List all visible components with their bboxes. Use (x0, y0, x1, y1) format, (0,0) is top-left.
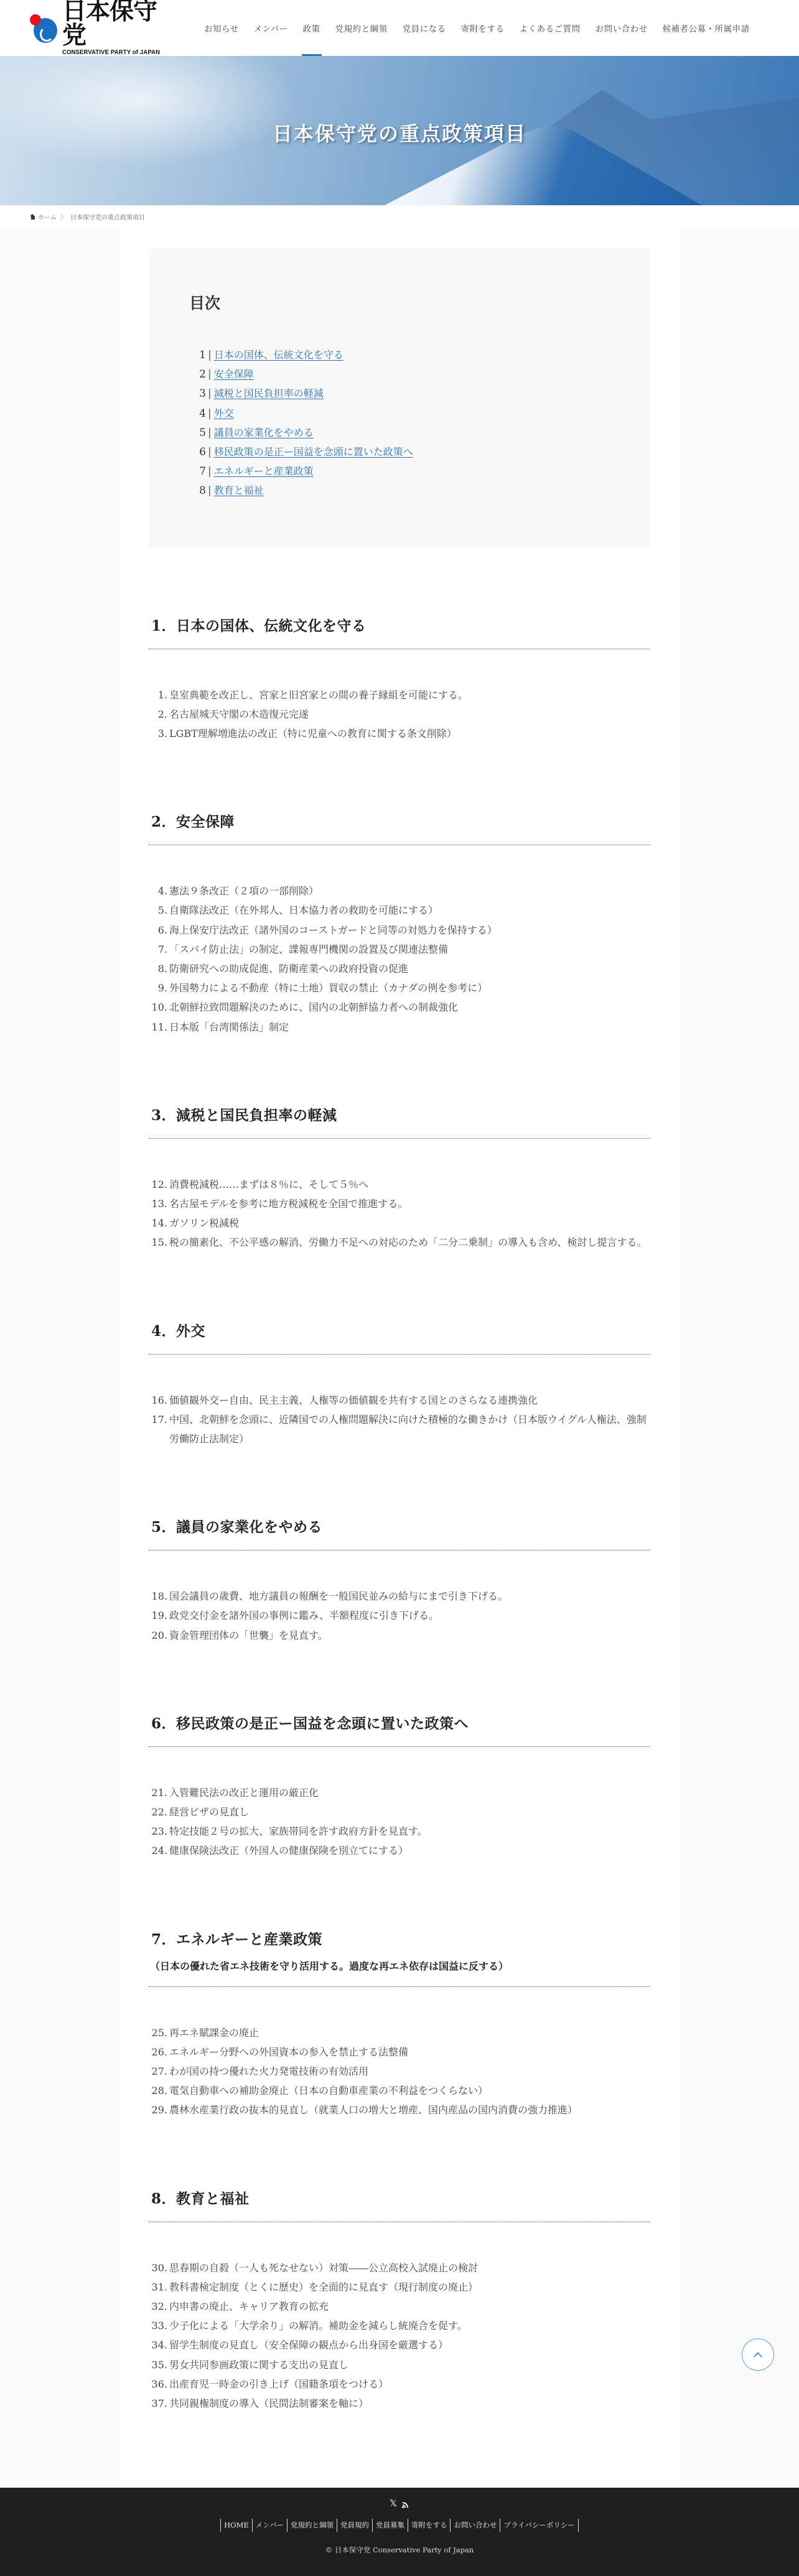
policy-text: 留学生制度の見直し（安全保障の観点から出身国を厳選する） (167, 2335, 650, 2355)
policy-item: 1.皇室典範を改正し、宮家と旧宮家との間の養子縁組を可能にする。 (149, 685, 650, 705)
hero-haze (0, 56, 299, 168)
toc-number: 2 (197, 368, 206, 381)
policy-number: 29. (149, 2100, 167, 2120)
toc-divider: | (208, 427, 212, 439)
breadcrumb-current: 日本保守党の重点政策項目 (70, 212, 145, 221)
policy-text: ガソリン税減税 (167, 1213, 650, 1233)
policy-item: 30.思春期の自殺（一人も死なせない）対策――公立高校入試廃止の検討 (149, 2258, 650, 2277)
policy-item: 24.健康保険法改正（外国人の健康保険を別立てにする） (149, 1841, 650, 1860)
policy-text: 北朝鮮拉致問題解決のために、国内の北朝鮮協力者への制裁強化 (167, 998, 650, 1017)
breadcrumb-home[interactable]: ホーム (38, 212, 57, 221)
toc-number: 8 (197, 484, 206, 497)
toc-link[interactable]: エネルギーと産業政策 (214, 463, 314, 478)
policy-item: 31.教科書検定制度（とくに歴史）を全面的に見直す（現行制度の廃止） (149, 2277, 650, 2297)
policy-text: 少子化による「大学余り」の解消。補助金を減らし統廃合を促す。 (167, 2316, 650, 2335)
footer-link-recruit[interactable]: 党員募集 (372, 2519, 408, 2532)
page-title: 日本保守党の重点政策項目 (0, 118, 799, 147)
section-heading: 1．日本の国体、伝統文化を守る (149, 614, 650, 635)
policy-text: 自衛隊法改正（在外邦人、日本協力者の救助を可能にする） (167, 901, 650, 920)
policy-item: 6.海上保安庁法改正（諸外国のコーストガードと同等の対処力を保持する） (149, 920, 650, 940)
toc-divider: | (208, 446, 212, 458)
policy-item: 14.ガソリン税減税 (149, 1213, 650, 1233)
section-divider (149, 845, 650, 845)
home-icon (30, 214, 35, 220)
nav-item-candidates[interactable]: 候補者公募・所属申請 (655, 0, 757, 56)
section-heading: 6．移民政策の是正ー国益を念頭に置いた政策へ (149, 1712, 650, 1733)
policy-text: 日本版「台湾関係法」制定 (167, 1017, 650, 1037)
footer-link-member-rules[interactable]: 党員規約 (337, 2519, 372, 2532)
policy-text: 教科書検定制度（とくに歴史）を全面的に見直す（現行制度の廃止） (167, 2277, 650, 2297)
logo-text: 日本保守党 CONSERVATIVE PARTY of JAPAN (62, 0, 174, 55)
policy-text: 消費税減税……まずは８％に、そして５％へ (167, 1175, 650, 1194)
policy-list: 18.国会議員の歳費、地方議員の報酬を一般国民並みの給与にまで引き下げる。 19… (149, 1587, 650, 1645)
toc-item: 1|日本の国体、伝統文化を守る (197, 347, 610, 366)
policy-number: 32. (149, 2297, 167, 2316)
policy-text: エネルギー分野への外国資本の参入を禁止する法整備 (167, 2042, 650, 2062)
toc-number: 5 (197, 427, 206, 439)
policy-text: 海上保安庁法改正（諸外国のコーストガードと同等の対処力を保持する） (167, 920, 650, 940)
table-of-contents: 目次 1|日本の国体、伝統文化を守る 2|安全保障 3|減税と国民負担率の軽減 … (149, 249, 650, 547)
policy-number: 22. (149, 1802, 167, 1822)
policy-text: 国会議員の歳費、地方議員の報酬を一般国民並みの給与にまで引き下げる。 (167, 1587, 650, 1606)
policy-item: 18.国会議員の歳費、地方議員の報酬を一般国民並みの給与にまで引き下げる。 (149, 1587, 650, 1606)
policy-text: 特定技能２号の拡大、家族帯同を許す政府方針を見直す。 (167, 1822, 650, 1841)
policy-list: 25.再エネ賦課金の廃止 26.エネルギー分野への外国資本の参入を禁止する法整備… (149, 2023, 650, 2120)
section-heading: 4．外交 (149, 1320, 650, 1340)
x-icon[interactable]: 𝕏 (390, 2498, 397, 2509)
policy-number: 30. (149, 2258, 167, 2277)
section-heading: 3．減税と国民負担率の軽減 (149, 1104, 650, 1124)
toc-number: 4 (197, 407, 206, 420)
toc-divider: | (208, 484, 212, 497)
policy-item: 25.再エネ賦課金の廃止 (149, 2023, 650, 2042)
policy-number: 35. (149, 2355, 167, 2374)
policy-text: 男女共同参画政策に関する支出の見直し (167, 2355, 650, 2374)
section-divider (149, 1986, 650, 1987)
policy-item: 11.日本版「台湾関係法」制定 (149, 1017, 650, 1037)
section-heading: 8．教育と福祉 (149, 2187, 650, 2208)
policy-section-tax: 3．減税と国民負担率の軽減 12.消費税減税……まずは８％に、そして５％へ 13… (149, 1104, 650, 1253)
policy-item: 7.「スパイ防止法」の制定、諜報専門機関の設置及び関連法整備 (149, 940, 650, 959)
policy-item: 9.外国勢力による不動産（特に土地）買収の禁止（カナダの例を参考に） (149, 978, 650, 998)
policy-text: 入管難民法の改正と運用の厳正化 (167, 1783, 650, 1802)
social-links: 𝕏 (0, 2498, 799, 2509)
policy-text: 思春期の自殺（一人も死なせない）対策――公立高校入試廃止の検討 (167, 2258, 650, 2277)
site-logo[interactable]: 日本保守党 CONSERVATIVE PARTY of JAPAN (30, 10, 174, 45)
policy-item: 27.わが国の持つ優れた火力発電技術の有効活用 (149, 2062, 650, 2081)
nav-item-news[interactable]: お知らせ (204, 0, 246, 56)
footer-link-privacy[interactable]: プライバシーポリシー (500, 2519, 578, 2532)
toc-item: 7|エネルギーと産業政策 (197, 463, 610, 483)
policy-text: LGBT理解増進法の改正（特に児童への教育に関する条文削除） (167, 724, 650, 743)
nav-item-policy[interactable]: 政策 (296, 0, 328, 56)
policy-text: 農林水産業行政の抜本的見直し（就業人口の増大と増産、国内産品の国内消費の強力推進… (167, 2100, 650, 2120)
policy-item: 26.エネルギー分野への外国資本の参入を禁止する法整備 (149, 2042, 650, 2062)
toc-link[interactable]: 減税と国民負担率の軽減 (214, 386, 324, 400)
toc-item: 2|安全保障 (197, 366, 610, 386)
policy-number: 18. (149, 1587, 167, 1606)
policy-list: 1.皇室典範を改正し、宮家と旧宮家との間の養子縁組を可能にする。 2.名古屋城天… (149, 685, 650, 744)
section-heading: 2．安全保障 (149, 810, 650, 831)
policy-number: 19. (149, 1606, 167, 1625)
toc-divider: | (208, 349, 212, 361)
section-heading: 5．議員の家業化をやめる (149, 1516, 650, 1536)
policy-text: 憲法９条改正（２項の一部削除） (167, 881, 650, 901)
policy-number: 26. (149, 2042, 167, 2062)
policy-number: 12. (149, 1175, 167, 1194)
chevron-up-icon (754, 2351, 762, 2360)
policy-number: 6. (149, 920, 167, 940)
policy-list: 21.入管難民法の改正と運用の厳正化 22.経営ビザの見直し 23.特定技能２号… (149, 1783, 650, 1861)
toc-link[interactable]: 安全保障 (214, 366, 254, 381)
policy-list: 4.憲法９条改正（２項の一部削除） 5.自衛隊法改正（在外邦人、日本協力者の救助… (149, 881, 650, 1037)
policy-text: 税の簡素化、不公平感の解消、労働力不足への対応のため「二分二乗制」の導入も含め、… (167, 1233, 650, 1252)
global-nav: お知らせ メンバー 政策 党規約と綱領 党員になる 寄附をする よくあるご質問 … (204, 0, 757, 56)
breadcrumb-separator: 〉 (60, 212, 67, 221)
toc-number: 3 (197, 387, 206, 400)
policy-number: 5. (149, 901, 167, 920)
policy-item: 29.農林水産業行政の抜本的見直し（就業人口の増大と増産、国内産品の国内消費の強… (149, 2100, 650, 2120)
page: 日本保守党 CONSERVATIVE PARTY of JAPAN お知らせ メ… (0, 0, 799, 2576)
toc-number: 6 (197, 446, 206, 458)
policy-number: 9. (149, 978, 167, 998)
policy-section-immigration: 6．移民政策の是正ー国益を念頭に置いた政策へ 21.入管難民法の改正と運用の厳正… (149, 1712, 650, 1861)
policy-number: 34. (149, 2335, 167, 2355)
policy-item: 37.共同親権制度の導入（民間法制審案を軸に） (149, 2394, 650, 2413)
section-subheading: （日本の優れた省エネ技術を守り活用する。過度な再エネ依存は国益に反する） (149, 1958, 650, 1973)
policy-item: 8.防衛研究への助成促進、防衛産業への政府投資の促進 (149, 959, 650, 978)
policy-text: 名古屋城天守閣の木造復元完遂 (167, 705, 650, 724)
policy-number: 2. (149, 705, 167, 724)
policy-section-culture: 1．日本の国体、伝統文化を守る 1.皇室典範を改正し、宮家と旧宮家との間の養子縁… (149, 614, 650, 744)
policy-text: 「スパイ防止法」の制定、諜報専門機関の設置及び関連法整備 (167, 940, 650, 959)
toc-divider: | (208, 368, 212, 381)
site-header: 日本保守党 CONSERVATIVE PARTY of JAPAN お知らせ メ… (0, 0, 799, 56)
policy-item: 15.税の簡素化、不公平感の解消、労働力不足への対応のため「二分二乗制」の導入も… (149, 1233, 650, 1252)
policy-text: 防衛研究への助成促進、防衛産業への政府投資の促進 (167, 959, 650, 978)
policy-number: 16. (149, 1391, 167, 1410)
footer-link-rules[interactable]: 党規約と綱領 (287, 2519, 337, 2532)
copyright: © 日本保守党 Conservative Party of Japan (0, 2545, 799, 2555)
policy-item: 34.留学生制度の見直し（安全保障の観点から出身国を厳選する） (149, 2335, 650, 2355)
policy-number: 23. (149, 1822, 167, 1841)
footer-link-donate[interactable]: 寄附をする (408, 2519, 451, 2532)
toc-number: 7 (197, 465, 206, 478)
toc-item: 6|移民政策の是正ー国益を念頭に置いた政策へ (197, 444, 610, 463)
section-divider (149, 2222, 650, 2222)
section-divider (149, 649, 650, 649)
policy-item: 13.名古屋モデルを参考に地方税減税を全国で推進する。 (149, 1194, 650, 1213)
policy-text: 経営ビザの見直し (167, 1802, 650, 1822)
nav-item-faq[interactable]: よくあるご質問 (512, 0, 588, 56)
policy-number: 13. (149, 1194, 167, 1213)
toc-link[interactable]: 議員の家業化をやめる (214, 425, 314, 439)
policy-item: 16.価値観外交ー自由、民主主義、人権等の価値観を共有する国とのさらなる連携強化 (149, 1391, 650, 1410)
policy-text: わが国の持つ優れた火力発電技術の有効活用 (167, 2062, 650, 2081)
policy-number: 15. (149, 1233, 167, 1252)
toc-item: 5|議員の家業化をやめる (197, 425, 610, 444)
nav-item-members[interactable]: メンバー (246, 0, 296, 56)
policy-number: 4. (149, 881, 167, 901)
policy-text: 出産育児一時金の引き上げ（国籍条項をつける） (167, 2374, 650, 2394)
policy-text: 外国勢力による不動産（特に土地）買収の禁止（カナダの例を参考に） (167, 978, 650, 998)
main-wrapper: 目次 1|日本の国体、伝統文化を守る 2|安全保障 3|減税と国民負担率の軽減 … (0, 228, 799, 2488)
nav-item-donate[interactable]: 寄附をする (454, 0, 512, 56)
back-to-top-button[interactable] (742, 2338, 774, 2371)
section-divider (149, 1354, 650, 1355)
policy-item: 5.自衛隊法改正（在外邦人、日本協力者の救助を可能にする） (149, 901, 650, 920)
toc-number: 1 (197, 349, 206, 361)
policy-text: 名古屋モデルを参考に地方税減税を全国で推進する。 (167, 1194, 650, 1213)
toc-divider: | (208, 465, 212, 478)
nav-item-join[interactable]: 党員になる (395, 0, 454, 56)
policy-text: 電気自動車への補助金廃止（日本の自動車産業の不利益をつくらない） (167, 2081, 650, 2100)
policy-number: 3. (149, 724, 167, 743)
policy-number: 25. (149, 2023, 167, 2042)
policy-number: 11. (149, 1017, 167, 1037)
policy-number: 8. (149, 959, 167, 978)
footer-link-members[interactable]: メンバー (252, 2519, 287, 2532)
breadcrumb: ホーム 〉 日本保守党の重点政策項目 (0, 205, 799, 228)
policy-number: 31. (149, 2277, 167, 2297)
logo-japanese: 日本保守党 (62, 0, 174, 48)
policy-item: 36.出産育児一時金の引き上げ（国籍条項をつける） (149, 2374, 650, 2394)
policy-section-security: 2．安全保障 4.憲法９条改正（２項の一部削除） 5.自衛隊法改正（在外邦人、日… (149, 810, 650, 1037)
toc-item: 8|教育と福祉 (197, 483, 610, 502)
toc-link[interactable]: 外交 (214, 405, 234, 420)
policy-section-legislators: 5．議員の家業化をやめる 18.国会議員の歳費、地方議員の報酬を一般国民並みの給… (149, 1516, 650, 1645)
hero-banner: 日本保守党の重点政策項目 (0, 56, 799, 205)
policy-section-energy: 7．エネルギーと産業政策 （日本の優れた省エネ技術を守り活用する。過度な再エネ依… (149, 1928, 650, 2120)
section-divider (149, 1746, 650, 1747)
policy-item: 21.入管難民法の改正と運用の厳正化 (149, 1783, 650, 1802)
policy-number: 21. (149, 1783, 167, 1802)
policy-number: 1. (149, 685, 167, 705)
policy-item: 35.男女共同参画政策に関する支出の見直し (149, 2355, 650, 2374)
policy-item: 28.電気自動車への補助金廃止（日本の自動車産業の不利益をつくらない） (149, 2081, 650, 2100)
policy-number: 36. (149, 2374, 167, 2394)
policy-number: 33. (149, 2316, 167, 2335)
policy-item: 10.北朝鮮拉致問題解決のために、国内の北朝鮮協力者への制裁強化 (149, 998, 650, 1017)
toc-link[interactable]: 移民政策の是正ー国益を念頭に置いた政策へ (214, 444, 413, 458)
toc-item: 3|減税と国民負担率の軽減 (197, 386, 610, 405)
section-divider (149, 1550, 650, 1550)
policy-number: 7. (149, 940, 167, 959)
policy-number: 14. (149, 1213, 167, 1233)
toc-list: 1|日本の国体、伝統文化を守る 2|安全保障 3|減税と国民負担率の軽減 4|外… (189, 347, 610, 503)
toc-link[interactable]: 教育と福祉 (214, 483, 264, 497)
policy-item: 32.内申書の廃止、キャリア教育の拡充 (149, 2297, 650, 2316)
toc-divider: | (208, 407, 212, 420)
policy-item: 20.資金管理団体の「世襲」を見直す。 (149, 1626, 650, 1645)
policy-section-diplomacy: 4．外交 16.価値観外交ー自由、民主主義、人権等の価値観を共有する国とのさらな… (149, 1320, 650, 1449)
policy-item: 23.特定技能２号の拡大、家族帯同を許す政府方針を見直す。 (149, 1822, 650, 1841)
policy-number: 28. (149, 2081, 167, 2100)
policy-number: 20. (149, 1626, 167, 1645)
policy-number: 27. (149, 2062, 167, 2081)
policy-item: 4.憲法９条改正（２項の一部削除） (149, 881, 650, 901)
footer-link-home[interactable]: HOME (220, 2519, 252, 2532)
policy-item: 2.名古屋城天守閣の木造復元完遂 (149, 705, 650, 724)
policy-item: 33.少子化による「大学余り」の解消。補助金を減らし統廃合を促す。 (149, 2316, 650, 2335)
footer-nav: HOME メンバー 党規約と綱領 党員規約 党員募集 寄附をする お問い合わせ … (0, 2519, 799, 2532)
policy-list: 16.価値観外交ー自由、民主主義、人権等の価値観を共有する国とのさらなる連携強化… (149, 1391, 650, 1449)
section-divider (149, 1138, 650, 1139)
footer-link-contact[interactable]: お問い合わせ (450, 2519, 500, 2532)
policy-text: 資金管理団体の「世襲」を見直す。 (167, 1626, 650, 1645)
policy-text: 共同親権制度の導入（民間法制審案を軸に） (167, 2394, 650, 2413)
policy-number: 10. (149, 998, 167, 1017)
policy-text: 価値観外交ー自由、民主主義、人権等の価値観を共有する国とのさらなる連携強化 (167, 1391, 650, 1410)
main-content: 目次 1|日本の国体、伝統文化を守る 2|安全保障 3|減税と国民負担率の軽減 … (120, 228, 679, 2488)
policy-text: 皇室典範を改正し、宮家と旧宮家との間の養子縁組を可能にする。 (167, 685, 650, 705)
nav-item-contact[interactable]: お問い合わせ (588, 0, 655, 56)
toc-item: 4|外交 (197, 405, 610, 425)
policy-item: 17.中国、北朝鮮を念頭に、近隣国での人権問題解決に向けた積極的な働きかけ（日本… (149, 1410, 650, 1448)
policy-text: 内申書の廃止、キャリア教育の拡充 (167, 2297, 650, 2316)
policy-item: 22.経営ビザの見直し (149, 1802, 650, 1822)
site-footer: 𝕏 HOME メンバー 党規約と綱領 党員規約 党員募集 寄附をする お問い合わ… (0, 2488, 799, 2576)
rss-icon[interactable] (402, 2500, 409, 2508)
policy-list: 12.消費税減税……まずは８％に、そして５％へ 13.名古屋モデルを参考に地方税… (149, 1175, 650, 1253)
policy-item: 12.消費税減税……まずは８％に、そして５％へ (149, 1175, 650, 1194)
toc-divider: | (208, 387, 212, 400)
party-emblem-icon (30, 12, 58, 43)
policy-text: 政党交付金を諸外国の事例に鑑み、半額程度に引き下げる。 (167, 1606, 650, 1625)
policy-text: 中国、北朝鮮を念頭に、近隣国での人権問題解決に向けた積極的な働きかけ（日本版ウイ… (167, 1410, 650, 1448)
section-heading: 7．エネルギーと産業政策 (149, 1928, 650, 1948)
toc-link[interactable]: 日本の国体、伝統文化を守る (214, 347, 343, 361)
policy-number: 17. (149, 1410, 167, 1448)
toc-title: 目次 (189, 291, 610, 313)
policy-text: 再エネ賦課金の廃止 (167, 2023, 650, 2042)
policy-number: 37. (149, 2394, 167, 2413)
policy-text: 健康保険法改正（外国人の健康保険を別立てにする） (167, 1841, 650, 1860)
policy-item: 19.政党交付金を諸外国の事例に鑑み、半額程度に引き下げる。 (149, 1606, 650, 1625)
nav-item-rules[interactable]: 党規約と綱領 (328, 0, 395, 56)
policy-list: 30.思春期の自殺（一人も死なせない）対策――公立高校入試廃止の検討 31.教科… (149, 2258, 650, 2414)
policy-number: 24. (149, 1841, 167, 1860)
policy-section-education: 8．教育と福祉 30.思春期の自殺（一人も死なせない）対策――公立高校入試廃止の… (149, 2187, 650, 2414)
policy-item: 3.LGBT理解増進法の改正（特に児童への教育に関する条文削除） (149, 724, 650, 743)
logo-english: CONSERVATIVE PARTY of JAPAN (62, 49, 163, 56)
